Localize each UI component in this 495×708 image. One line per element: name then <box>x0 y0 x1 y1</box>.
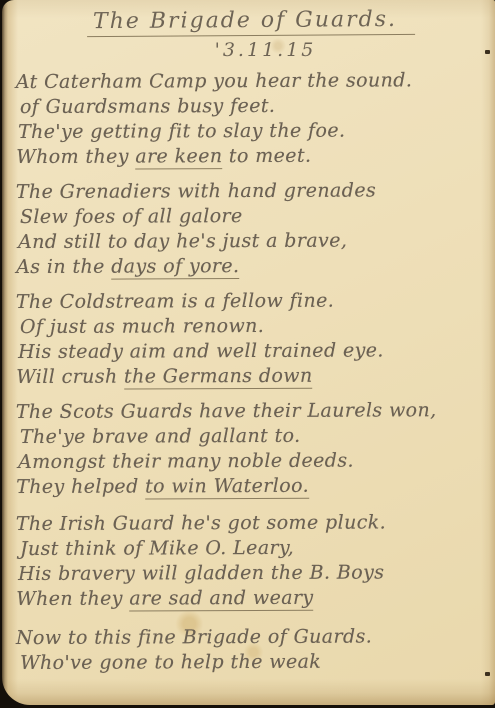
line-text: Now to this fine Brigade of Guards. <box>16 625 372 649</box>
poem-line: Just think of Mike O. Leary, <box>16 535 487 562</box>
poem-line: His steady aim and well trained eye. <box>16 338 487 365</box>
line-text: When they <box>16 588 129 610</box>
poem-line: The Coldstream is a fellow fine. <box>16 288 487 315</box>
underlined-phrase: to win Waterloo. <box>145 475 309 500</box>
line-text: Will crush <box>16 366 124 388</box>
line-text: And still to day he's just a brave, <box>18 230 347 253</box>
line-text: They helped <box>16 475 145 498</box>
line-text: The'ye getting fit to slay the foe. <box>18 120 345 143</box>
poem-title: The Brigade of Guards. <box>86 7 414 37</box>
line-text: Of just as much renown. <box>20 315 264 338</box>
line-text: The Coldstream is a fellow fine. <box>16 290 334 313</box>
poem-date: '3.11.15 <box>215 39 317 61</box>
poem-body: At Caterham Camp you hear the sound.of G… <box>14 69 487 675</box>
poem-line: And still to day he's just a brave, <box>16 228 487 255</box>
poem-line: Slew foes of all galore <box>16 203 487 230</box>
underlined-phrase: are sad and weary <box>129 587 313 612</box>
poem-line: Now to this fine Brigade of Guards. <box>16 624 487 651</box>
line-text: His bravery will gladden the B. Boys <box>18 561 384 585</box>
underlined-phrase: are keen <box>135 145 222 169</box>
underlined-phrase: days of yore. <box>111 255 239 280</box>
poem-line: Of just as much renown. <box>16 313 487 340</box>
scanned-photo: The Brigade of Guards. '3.11.15 At Cater… <box>0 0 495 708</box>
stanza: At Caterham Camp you hear the sound.of G… <box>16 68 487 170</box>
line-text: His steady aim and well trained eye. <box>18 339 384 363</box>
line-text: The Scots Guards have their Laurels won, <box>16 399 437 423</box>
stanza: The Grenadiers with hand grenadesSlew fo… <box>16 178 487 280</box>
poem-line: The'ye brave and gallant to. <box>16 423 487 450</box>
line-text: Amongst their many noble deeds. <box>18 450 354 473</box>
title-row: The Brigade of Guards. <box>14 8 487 36</box>
stanza: The Irish Guard he's got some pluck.Just… <box>16 510 487 612</box>
poem-line: of Guardsmans busy feet. <box>16 93 487 120</box>
poem-line: The Grenadiers with hand grenades <box>16 178 487 205</box>
underlined-phrase: the Germans down <box>124 365 313 390</box>
poem-line: Whom they are keen to meet. <box>16 143 487 170</box>
line-text: to meet. <box>222 145 311 167</box>
poem-line: When they are sad and weary <box>16 585 487 612</box>
stanza: The Coldstream is a fellow fine.Of just … <box>16 288 487 390</box>
poem-line: Who've gone to help the weak <box>16 649 487 676</box>
poem-line: Amongst their many noble deeds. <box>16 448 487 475</box>
poem-line: At Caterham Camp you hear the sound. <box>16 68 487 95</box>
poem-line: His bravery will gladden the B. Boys <box>16 560 487 587</box>
stanza: The Scots Guards have their Laurels won,… <box>16 398 487 500</box>
line-text: At Caterham Camp you hear the sound. <box>16 69 412 93</box>
poem-line: The'ye getting fit to slay the foe. <box>16 118 487 145</box>
date-row: '3.11.15 <box>44 39 487 61</box>
line-text: The'ye brave and gallant to. <box>20 425 301 448</box>
paper-speck <box>485 50 490 54</box>
line-text: The Irish Guard he's got some pluck. <box>16 511 386 535</box>
line-text: of Guardsmans busy feet. <box>20 95 275 118</box>
stanza: Now to this fine Brigade of Guards.Who'v… <box>16 624 487 676</box>
poem-line: Will crush the Germans down <box>16 363 487 390</box>
poem-line: As in the days of yore. <box>16 253 487 280</box>
paper-speck <box>485 672 490 676</box>
line-text: Who've gone to help the weak <box>20 651 321 674</box>
line-text: The Grenadiers with hand grenades <box>16 179 376 203</box>
poem-line: The Irish Guard he's got some pluck. <box>16 510 487 537</box>
line-text: Just think of Mike O. Leary, <box>20 537 294 560</box>
poem-line: They helped to win Waterloo. <box>16 473 487 500</box>
line-text: As in the <box>16 256 111 278</box>
line-text: Whom they <box>16 146 135 169</box>
line-text: Slew foes of all galore <box>20 205 243 228</box>
poem-line: The Scots Guards have their Laurels won, <box>16 398 487 425</box>
notebook-page: The Brigade of Guards. '3.11.15 At Cater… <box>2 0 495 705</box>
page-content: The Brigade of Guards. '3.11.15 At Cater… <box>14 6 487 697</box>
